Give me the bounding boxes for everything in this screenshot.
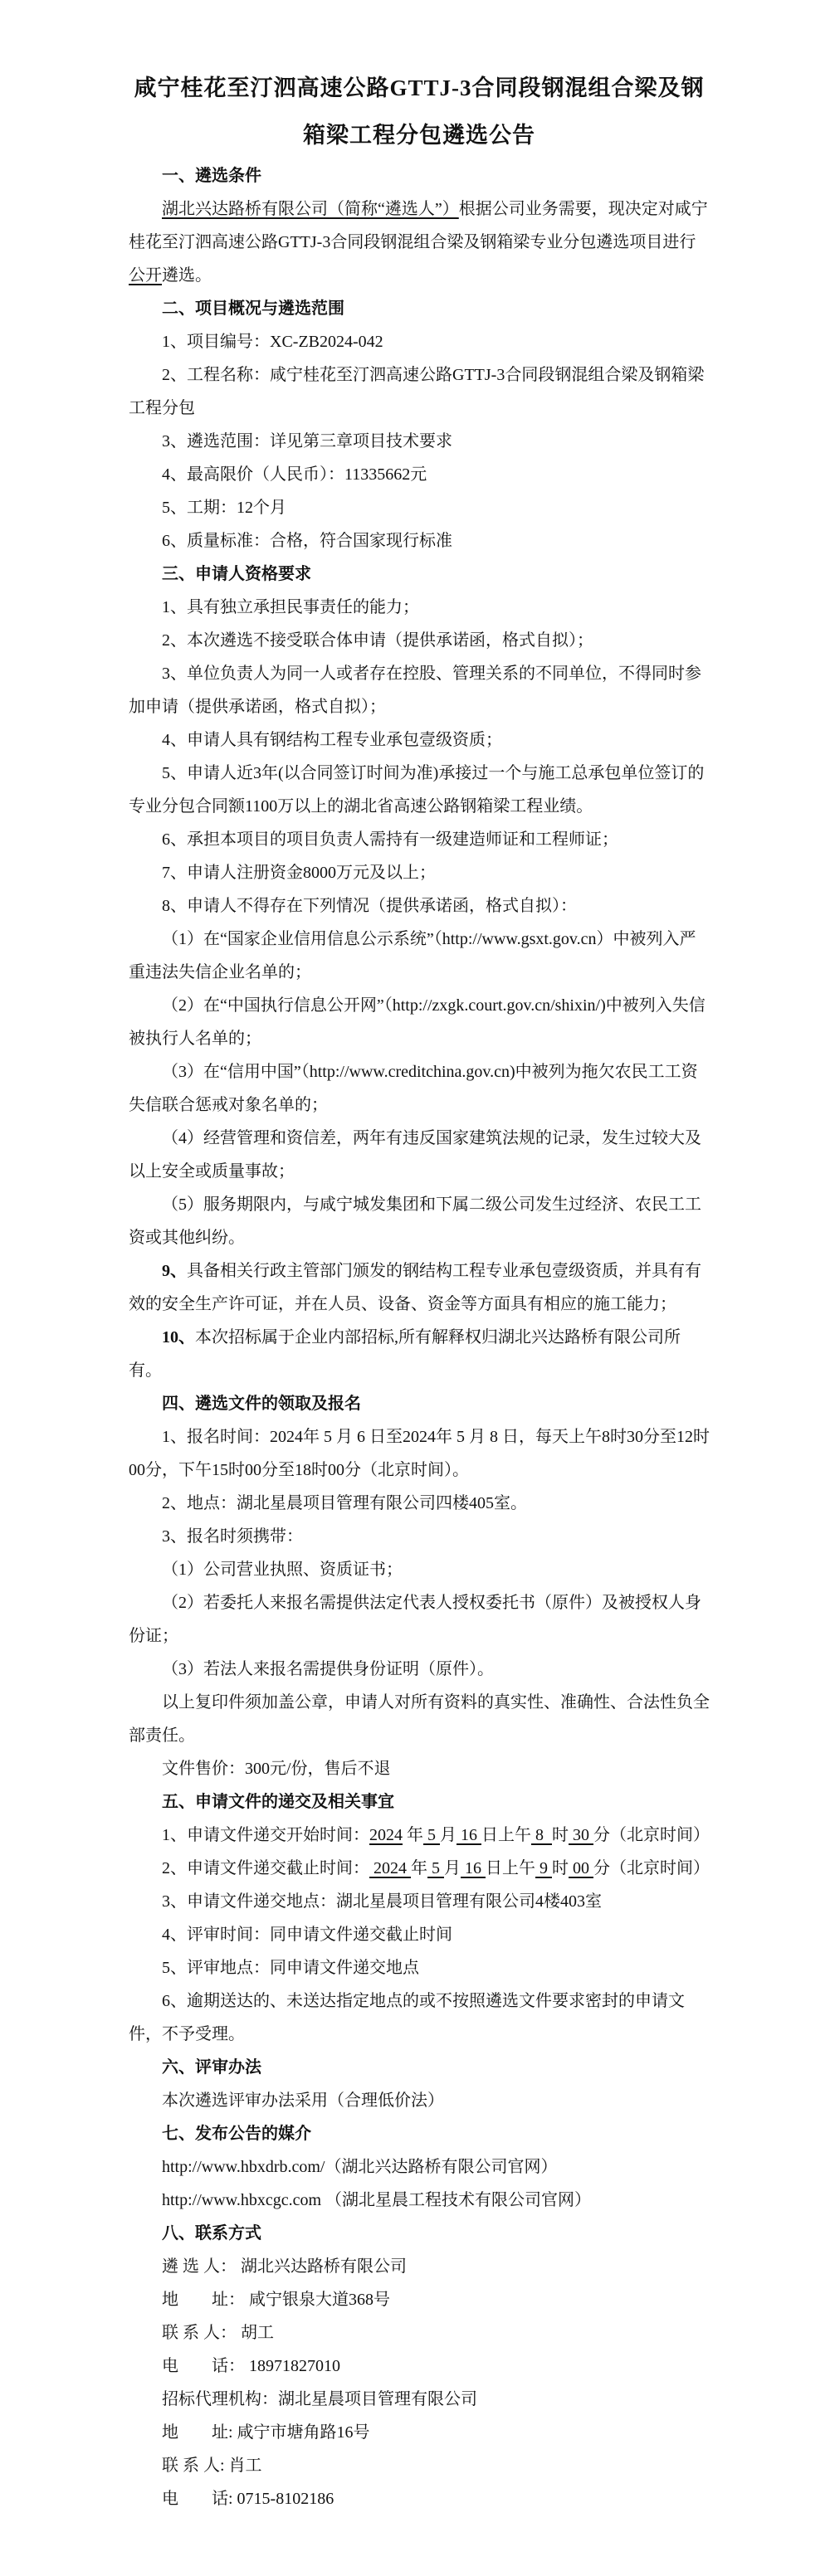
paragraph: 7、申请人注册资金8000万元及以上； [129, 856, 710, 889]
text-run: 7、申请人注册资金8000万元及以上； [162, 864, 436, 882]
text-run: 2、地点：湖北星晨项目管理有限公司四楼405室。 [162, 1494, 527, 1512]
paragraph: 2、申请文件递交截止时间： 2024 年 5 月 16 日上午 9 时 00 分… [129, 1852, 710, 1885]
text-run: 具备相关行政主管部门颁发的钢结构工程专业承包壹级资质，并具有有效的安全生产许可证… [129, 1262, 701, 1313]
paragraph: 10、本次招标属于企业内部招标,所有解释权归湖北兴达路桥有限公司所有。 [129, 1321, 710, 1387]
text-run: 2、本次遴选不接受联合体申请（提供承诺函，格式自拟）； [162, 631, 593, 650]
text-run: 3、遴选范围：详见第三章项目技术要求 [162, 432, 452, 450]
paragraph: 1、申请文件递交开始时间：2024 年 5 月 16 日上午 8 时 30 分（… [129, 1819, 710, 1852]
paragraph: 电 话: 0715-8102186 [129, 2482, 710, 2515]
paragraph: 6、逾期送达的、未送达指定地点的或不按照遴选文件要求密封的申请文件，不予受理。 [129, 1984, 710, 2051]
text-run: 六、评审办法 [162, 2058, 261, 2077]
text-run: （1）公司营业执照、资质证书； [162, 1561, 403, 1579]
paragraph: （1）公司营业执照、资质证书； [129, 1553, 710, 1586]
paragraph: 4、申请人具有钢结构工程专业承包壹级资质； [129, 723, 710, 757]
text-run: 年 [411, 1859, 427, 1877]
page-title: 咸宁桂花至汀泗高速公路GTTJ-3合同段钢混组合梁及钢箱梁工程分包遴选公告 [129, 65, 710, 159]
text-run: 日上午 [481, 1826, 531, 1844]
underlined-text: 00 [569, 1859, 593, 1877]
paragraph: （5）服务期限内，与咸宁城发集团和下属二级公司发生过经济、农民工工资或其他纠纷。 [129, 1188, 710, 1254]
text-run: 分（北京时间） [593, 1826, 710, 1844]
paragraph: 地 址: 咸宁市塘角路16号 [129, 2416, 710, 2449]
underlined-text: 16 [456, 1826, 481, 1844]
paragraph: 9、具备相关行政主管部门颁发的钢结构工程专业承包壹级资质，并具有有效的安全生产许… [129, 1254, 710, 1321]
text-run: 本次招标属于企业内部招标,所有解释权归湖北兴达路桥有限公司所有。 [129, 1328, 681, 1380]
text-run: 八、联系方式 [162, 2224, 261, 2242]
paragraph: 1、具有独立承担民事责任的能力； [129, 591, 710, 624]
text-run: 8、申请人不得存在下列情况（提供承诺函，格式自拟）： [162, 897, 577, 915]
text-run: 6、承担本项目的项目负责人需持有一级建造师证和工程师证； [162, 830, 618, 849]
paragraph: 2、本次遴选不接受联合体申请（提供承诺函，格式自拟）； [129, 624, 710, 657]
text-run: 4、申请人具有钢结构工程专业承包壹级资质； [162, 731, 502, 749]
section-heading: 一、遴选条件 [129, 159, 710, 192]
paragraph: 地 址： 咸宁银泉大道368号 [129, 2283, 710, 2316]
text-run: 日上午 [486, 1859, 535, 1877]
text-run: 4、最高限价（人民币）：11335662元 [162, 465, 427, 484]
text-run: 5、工期：12个月 [162, 499, 286, 517]
paragraph: 3、遴选范围：详见第三章项目技术要求 [129, 425, 710, 458]
text-run: 5、申请人近3年(以合同签订时间为准)承接过一个与施工总承包单位签订的专业分包合… [129, 764, 704, 816]
text-run: 联 系 人: 肖工 [162, 2457, 262, 2475]
text-run: （4）经营管理和资信差，两年有违反国家建筑法规的记录，发生过较大及以上安全或质量… [129, 1129, 701, 1181]
paragraph: （3）在“信用中国”（http://www.creditchina.gov.cn… [129, 1055, 710, 1122]
paragraph: 6、承担本项目的项目负责人需持有一级建造师证和工程师证； [129, 823, 710, 856]
text-run: 以上复印件须加盖公章，申请人对所有资料的真实性、准确性、合法性负全部责任。 [129, 1693, 710, 1745]
paragraph: 6、质量标准：合格，符合国家现行标准 [129, 524, 710, 558]
text-run: 电 话： 18971827010 [162, 2357, 340, 2375]
paragraph: 电 话： 18971827010 [129, 2350, 710, 2383]
text-run: （1）在“国家企业信用信息公示系统”（http://www.gsxt.gov.c… [129, 930, 696, 981]
text-run: http://www.hbxcgc.com （湖北星晨工程技术有限公司官网） [162, 2191, 591, 2209]
paragraph: （1）在“国家企业信用信息公示系统”（http://www.gsxt.gov.c… [129, 923, 710, 989]
text-run: （3）若法人来报名需提供身份证明（原件）。 [162, 1660, 494, 1678]
text-run: 年 [403, 1826, 423, 1844]
paragraph: 3、单位负责人为同一人或者存在控股、管理关系的不同单位，不得同时参加申请（提供承… [129, 657, 710, 723]
text-run: 时 [552, 1859, 569, 1877]
paragraph: 4、评审时间：同申请文件递交截止时间 [129, 1918, 710, 1951]
text-run: 五、申请文件的递交及相关事宜 [162, 1793, 394, 1811]
text-run: 七、发布公告的媒介 [162, 2125, 311, 2143]
text-run: 四、遴选文件的领取及报名 [162, 1395, 361, 1413]
text-run: 分（北京时间） [593, 1859, 710, 1877]
paragraph: 5、申请人近3年(以合同签订时间为准)承接过一个与施工总承包单位签订的专业分包合… [129, 757, 710, 823]
paragraph: http://www.hbxcgc.com （湖北星晨工程技术有限公司官网） [129, 2184, 710, 2217]
paragraph: （2）若委托人来报名需提供法定代表人授权委托书（原件）及被授权人身份证； [129, 1586, 710, 1653]
text-run: 3、报名时须携带： [162, 1527, 303, 1546]
paragraph: 招标代理机构：湖北星晨项目管理有限公司 [129, 2383, 710, 2416]
underlined-text: 2024 [369, 1826, 403, 1844]
section-heading: 五、申请文件的递交及相关事宜 [129, 1785, 710, 1819]
text-run: 联 系 人： 胡工 [162, 2324, 274, 2342]
text-run: （2）在“中国执行信息公开网”（http://zxgk.court.gov.cn… [129, 996, 705, 1048]
section-heading: 四、遴选文件的领取及报名 [129, 1387, 710, 1420]
underlined-text: 湖北兴达路桥有限公司（简称“遴选人”） [162, 200, 459, 218]
text-run: 6、逾期送达的、未送达指定地点的或不按照遴选文件要求密封的申请文件，不予受理。 [129, 1992, 685, 2043]
document-body: 一、遴选条件湖北兴达路桥有限公司（简称“遴选人”）根据公司业务需要，现决定对咸宁… [129, 159, 710, 2515]
paragraph: 8、申请人不得存在下列情况（提供承诺函，格式自拟）： [129, 889, 710, 923]
paragraph: 5、工期：12个月 [129, 491, 710, 524]
paragraph: 湖北兴达路桥有限公司（简称“遴选人”）根据公司业务需要，现决定对咸宁桂花至汀泗高… [129, 192, 710, 292]
section-heading: 六、评审办法 [129, 2051, 710, 2084]
text-run: 时 [552, 1826, 569, 1844]
underlined-text: 30 [569, 1826, 593, 1844]
paragraph: （3）若法人来报名需提供身份证明（原件）。 [129, 1653, 710, 1686]
paragraph: 3、报名时须携带： [129, 1520, 710, 1553]
text-run: 地 址: 咸宁市塘角路16号 [162, 2423, 370, 2442]
text-run: 遴 选 人： 湖北兴达路桥有限公司 [162, 2257, 407, 2276]
text-run: 9、 [162, 1262, 187, 1280]
text-run: 三、申请人资格要求 [162, 565, 311, 583]
text-run: 1、项目编号：XC-ZB2024-042 [162, 333, 383, 351]
text-run: 遴选。 [162, 266, 212, 285]
paragraph: （4）经营管理和资信差，两年有违反国家建筑法规的记录，发生过较大及以上安全或质量… [129, 1122, 710, 1188]
text-run: （5）服务期限内，与咸宁城发集团和下属二级公司发生过经济、农民工工资或其他纠纷。 [129, 1195, 701, 1247]
paragraph: 本次遴选评审办法采用（合理低价法） [129, 2084, 710, 2117]
text-run: 3、单位负责人为同一人或者存在控股、管理关系的不同单位，不得同时参加申请（提供承… [129, 665, 701, 716]
underlined-text: 5 [427, 1859, 444, 1877]
text-run: 月 [440, 1826, 456, 1844]
paragraph: 4、最高限价（人民币）：11335662元 [129, 458, 710, 491]
text-run: 4、评审时间：同申请文件递交截止时间 [162, 1926, 452, 1944]
text-run: 二、项目概况与遴选范围 [162, 299, 344, 318]
paragraph: 1、项目编号：XC-ZB2024-042 [129, 325, 710, 358]
text-run: 1、具有独立承担民事责任的能力； [162, 598, 419, 616]
document-page: 咸宁桂花至汀泗高速公路GTTJ-3合同段钢混组合梁及钢箱梁工程分包遴选公告 一、… [0, 0, 830, 2515]
paragraph: 文件售价：300元/份，售后不退 [129, 1752, 710, 1785]
text-run: 月 [444, 1859, 461, 1877]
text-run: 1、申请文件递交开始时间： [162, 1826, 369, 1844]
paragraph: 2、工程名称：咸宁桂花至汀泗高速公路GTTJ-3合同段钢混组合梁及钢箱梁工程分包 [129, 358, 710, 425]
text-run: http://www.hbxdrb.com/（湖北兴达路桥有限公司官网） [162, 2158, 557, 2176]
text-run: 本次遴选评审办法采用（合理低价法） [162, 2091, 444, 2110]
text-run: 10、 [162, 1328, 195, 1346]
text-run: 文件售价：300元/份，售后不退 [162, 1760, 391, 1778]
text-run: 1、报名时间：2024年 5 月 6 日至2024年 5 月 8 日，每天上午8… [129, 1428, 710, 1479]
paragraph: 遴 选 人： 湖北兴达路桥有限公司 [129, 2250, 710, 2283]
text-run: 地 址： 咸宁银泉大道368号 [162, 2291, 390, 2309]
paragraph: http://www.hbxdrb.com/（湖北兴达路桥有限公司官网） [129, 2150, 710, 2184]
underlined-text: 2024 [369, 1859, 411, 1877]
paragraph: 2、地点：湖北星晨项目管理有限公司四楼405室。 [129, 1487, 710, 1520]
text-run: 3、申请文件递交地点：湖北星晨项目管理有限公司4楼403室 [162, 1892, 602, 1911]
underlined-text: 8 [531, 1826, 552, 1844]
underlined-text: 5 [423, 1826, 440, 1844]
paragraph: 以上复印件须加盖公章，申请人对所有资料的真实性、准确性、合法性负全部责任。 [129, 1686, 710, 1752]
text-run: 招标代理机构：湖北星晨项目管理有限公司 [162, 2390, 477, 2408]
paragraph: 3、申请文件递交地点：湖北星晨项目管理有限公司4楼403室 [129, 1885, 710, 1918]
text-run: 2、工程名称：咸宁桂花至汀泗高速公路GTTJ-3合同段钢混组合梁及钢箱梁工程分包 [129, 366, 704, 417]
paragraph: 1、报名时间：2024年 5 月 6 日至2024年 5 月 8 日，每天上午8… [129, 1420, 710, 1487]
section-heading: 七、发布公告的媒介 [129, 2117, 710, 2150]
text-run: 电 话: 0715-8102186 [162, 2490, 334, 2508]
text-run: 5、评审地点：同申请文件递交地点 [162, 1959, 419, 1977]
paragraph: 联 系 人: 肖工 [129, 2449, 710, 2482]
section-heading: 八、联系方式 [129, 2217, 710, 2250]
underlined-text: 公开 [129, 266, 162, 285]
paragraph: 5、评审地点：同申请文件递交地点 [129, 1951, 710, 1984]
text-run: 一、遴选条件 [162, 167, 261, 185]
section-heading: 二、项目概况与遴选范围 [129, 292, 710, 325]
paragraph: 联 系 人： 胡工 [129, 2316, 710, 2350]
paragraph: （2）在“中国执行信息公开网”（http://zxgk.court.gov.cn… [129, 989, 710, 1055]
section-heading: 三、申请人资格要求 [129, 558, 710, 591]
underlined-text: 9 [535, 1859, 552, 1877]
text-run: 6、质量标准：合格，符合国家现行标准 [162, 532, 452, 550]
underlined-text: 16 [461, 1859, 486, 1877]
text-run: （3）在“信用中国”（http://www.creditchina.gov.cn… [129, 1063, 698, 1114]
text-run: （2）若委托人来报名需提供法定代表人授权委托书（原件）及被授权人身份证； [129, 1594, 701, 1645]
text-run: 2、申请文件递交截止时间： [162, 1859, 369, 1877]
